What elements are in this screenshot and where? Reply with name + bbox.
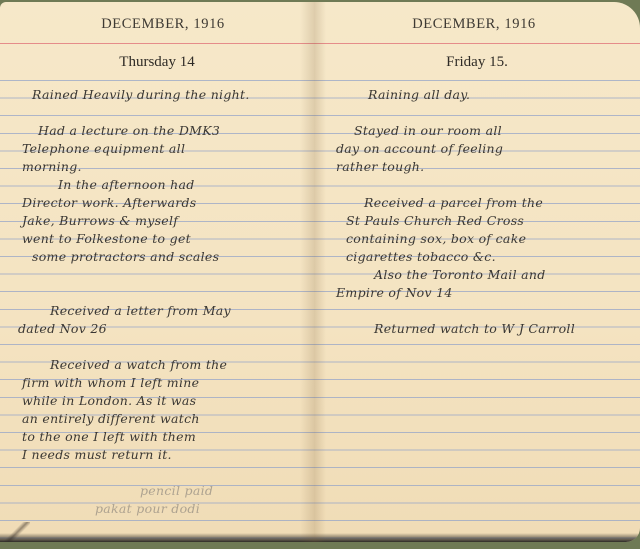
handwritten-line: Raining all day. [368, 86, 470, 104]
handwritten-line: Telephone equipment all [22, 140, 185, 158]
handwritten-line: an entirely different watch [22, 410, 200, 428]
handwritten-line: containing sox, box of cake [346, 230, 526, 248]
month-header: DECEMBER, 1916 [0, 16, 314, 33]
handwritten-line: while in London. As it was [22, 392, 196, 410]
handwritten-line: Rained Heavily during the night. [32, 86, 250, 104]
handwritten-line: Received a parcel from the [364, 194, 543, 212]
header-red-rule [0, 43, 314, 44]
handwritten-line: rather tough. [336, 158, 424, 176]
handwritten-line: Also the Toronto Mail and [374, 266, 546, 284]
handwritten-line: Empire of Nov 14 [336, 284, 453, 302]
handwritten-line: to the one I left with them [22, 428, 196, 446]
left-page: DECEMBER, 1916 Thursday 14 Rained Heavil… [0, 2, 314, 542]
day-header: Friday 15. [314, 54, 640, 71]
handwritten-line: Received a watch from the [50, 356, 227, 374]
handwritten-line: Had a lecture on the DMK3 [38, 122, 220, 140]
handwritten-line: pencil paid [140, 482, 213, 500]
handwritten-line: In the afternoon had [58, 176, 195, 194]
page-bottom-shadow [314, 533, 640, 542]
handwritten-line: pakat pour dodi [95, 500, 200, 518]
handwritten-line: day on account of feeling [336, 140, 503, 158]
page-bottom-shadow [0, 533, 314, 542]
handwritten-line: Director work. Afterwards [22, 194, 197, 212]
handwritten-line: morning. [22, 158, 82, 176]
handwritten-line: firm with whom I left mine [22, 374, 199, 392]
handwritten-line: dated Nov 26 [18, 320, 107, 338]
month-header: DECEMBER, 1916 [314, 16, 640, 33]
handwritten-line: Jake, Burrows & myself [22, 212, 178, 230]
handwritten-line: St Pauls Church Red Cross [346, 212, 524, 230]
right-page: DECEMBER, 1916 Friday 15. Raining all da… [314, 2, 640, 542]
handwritten-line: some protractors and scales [32, 248, 219, 266]
handwritten-line: Returned watch to W J Carroll [374, 320, 575, 338]
day-header: Thursday 14 [0, 54, 314, 71]
handwritten-line: went to Folkestone to get [22, 230, 191, 248]
handwritten-line: Stayed in our room all [354, 122, 502, 140]
header-red-rule [314, 43, 640, 44]
diary-spread: DECEMBER, 1916 Thursday 14 Rained Heavil… [0, 0, 640, 549]
handwritten-line: I needs must return it. [22, 446, 172, 464]
handwritten-line: cigarettes tobacco &c. [346, 248, 496, 266]
handwritten-line: Received a letter from May [50, 302, 231, 320]
